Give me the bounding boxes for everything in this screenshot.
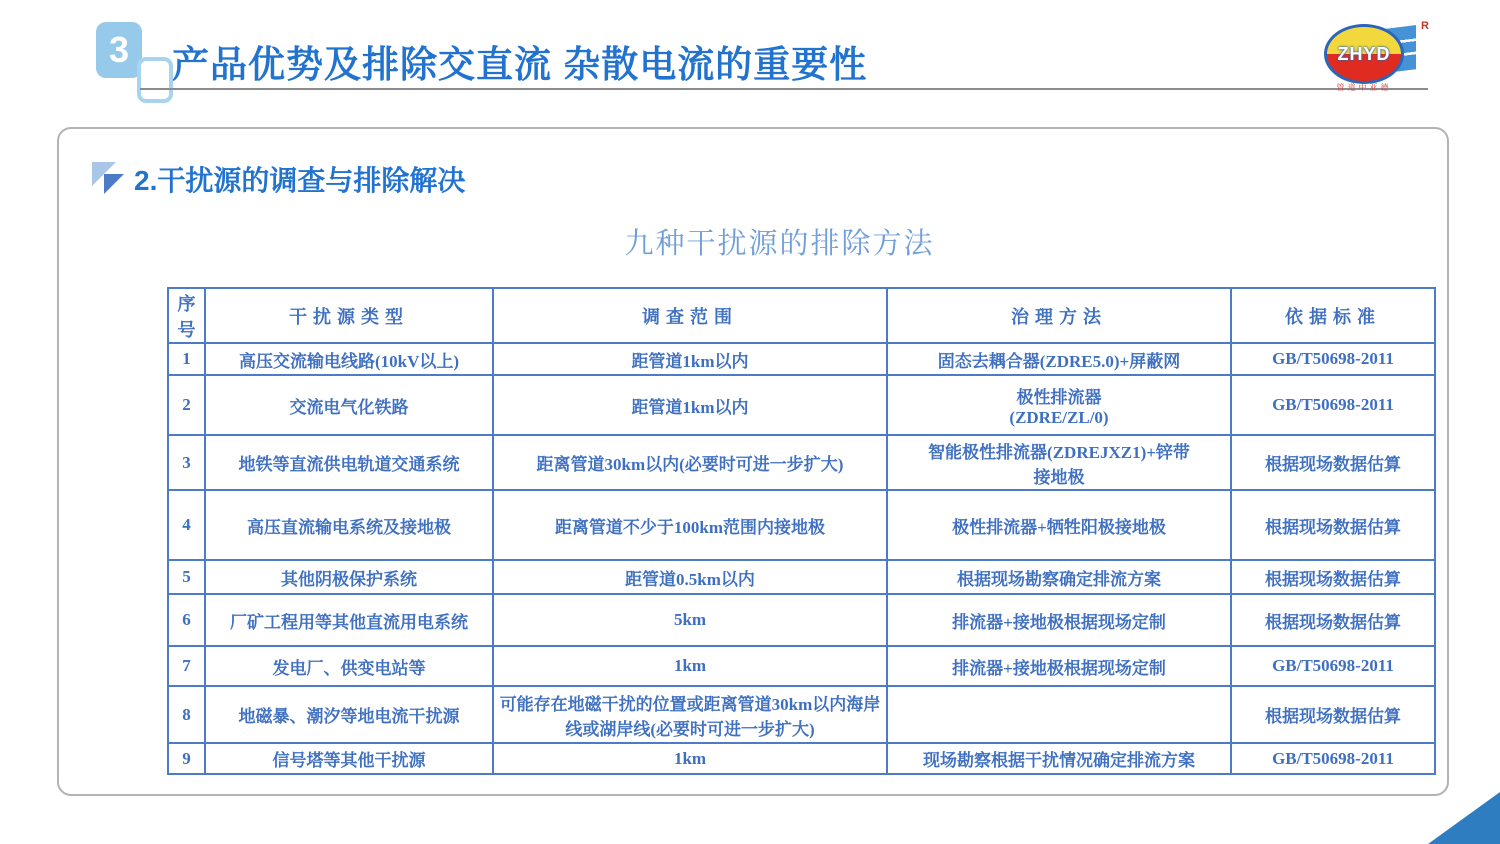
table-row: 5 其他阴极保护系统 距管道0.5km以内 根据现场勘察确定排流方案 根据现场数… [168,560,1435,594]
cell-type: 信号塔等其他干扰源 [205,743,493,774]
cell-method: 根据现场勘察确定排流方案 [887,560,1231,594]
cell-type: 发电厂、供变电站等 [205,646,493,686]
section-number-badge: 3 [96,22,142,78]
table-row: 8 地磁暴、潮汐等地电流干扰源 可能存在地磁干扰的位置或距离管道30km以内海岸… [168,686,1435,743]
registered-trademark-icon: R [1421,20,1429,32]
cell-type: 高压交流输电线路(10kV以上) [205,343,493,375]
cell-scope: 1km [493,743,887,774]
cell-scope: 距离管道30km以内(必要时可进一步扩大) [493,435,887,490]
table-row: 3 地铁等直流供电轨道交通系统 距离管道30km以内(必要时可进一步扩大) 智能… [168,435,1435,490]
cell-scope: 可能存在地磁干扰的位置或距离管道30km以内海岸线或湖岸线(必要时可进一步扩大) [493,686,887,743]
logo-caption: 管道中亚德 [1322,82,1406,93]
cell-scope: 距管道0.5km以内 [493,560,887,594]
content-card: 2.干扰源的调查与排除解决 九种干扰源的排除方法 序号 干扰源类型 调查范围 治… [57,127,1449,796]
header-cell-standard: 依据标准 [1231,288,1435,343]
cell-type: 交流电气化铁路 [205,375,493,435]
cell-type: 地磁暴、潮汐等地电流干扰源 [205,686,493,743]
cell-scope: 距管道1km以内 [493,375,887,435]
triangle-dark [104,174,124,194]
cell-no: 6 [168,594,205,646]
table-row: 2 交流电气化铁路 距管道1km以内 极性排流器 (ZDRE/ZL/0) GB/… [168,375,1435,435]
cell-standard: GB/T50698-2011 [1231,343,1435,375]
cell-scope: 距离管道不少于100km范围内接地极 [493,490,887,560]
table-body: 1 高压交流输电线路(10kV以上) 距管道1km以内 固态去耦合器(ZDRE5… [168,343,1435,774]
cell-standard: GB/T50698-2011 [1231,646,1435,686]
cell-scope: 距管道1km以内 [493,343,887,375]
cell-method: 排流器+接地极根据现场定制 [887,646,1231,686]
cell-method: 排流器+接地极根据现场定制 [887,594,1231,646]
cell-type: 地铁等直流供电轨道交通系统 [205,435,493,490]
page-title: 产品优势及排除交直流 杂散电流的重要性 [172,34,867,88]
cell-no: 4 [168,490,205,560]
header-cell-no: 序号 [168,288,205,343]
company-logo: ZHYD R 管道中亚德 [1322,12,1432,92]
table-title: 九种干扰源的排除方法 [167,221,1392,262]
cell-scope: 1km [493,646,887,686]
cell-method: 固态去耦合器(ZDRE5.0)+屏蔽网 [887,343,1231,375]
cell-no: 9 [168,743,205,774]
cell-method: 现场勘察根据干扰情况确定排流方案 [887,743,1231,774]
cell-no: 1 [168,343,205,375]
header-cell-method: 治理方法 [887,288,1231,343]
logo-wordmark: ZHYD [1338,44,1391,65]
cell-no: 2 [168,375,205,435]
cell-no: 3 [168,435,205,490]
double-triangle-icon [92,162,128,200]
badge-decor-square [137,57,173,103]
cell-no: 5 [168,560,205,594]
cell-standard: GB/T50698-2011 [1231,375,1435,435]
cell-standard: 根据现场数据估算 [1231,560,1435,594]
cell-method: 极性排流器 (ZDRE/ZL/0) [887,375,1231,435]
header-row: 序号 干扰源类型 调查范围 治理方法 依据标准 [168,288,1435,343]
cell-standard: GB/T50698-2011 [1231,743,1435,774]
table-row: 7 发电厂、供变电站等 1km 排流器+接地极根据现场定制 GB/T50698-… [168,646,1435,686]
cell-scope: 5km [493,594,887,646]
header-cell-type: 干扰源类型 [205,288,493,343]
cell-no: 8 [168,686,205,743]
cell-method [887,686,1231,743]
cell-type: 其他阴极保护系统 [205,560,493,594]
table-row: 6 厂矿工程用等其他直流用电系统 5km 排流器+接地极根据现场定制 根据现场数… [168,594,1435,646]
cell-type: 高压直流输电系统及接地极 [205,490,493,560]
cell-method: 智能极性排流器(ZDREJXZ1)+锌带 接地极 [887,435,1231,490]
cell-standard: 根据现场数据估算 [1231,686,1435,743]
table-header: 序号 干扰源类型 调查范围 治理方法 依据标准 [168,288,1435,343]
table-row: 1 高压交流输电线路(10kV以上) 距管道1km以内 固态去耦合器(ZDRE5… [168,343,1435,375]
cell-standard: 根据现场数据估算 [1231,594,1435,646]
table-row: 4 高压直流输电系统及接地极 距离管道不少于100km范围内接地极 极性排流器+… [168,490,1435,560]
logo-oval: ZHYD [1324,24,1404,84]
interference-sources-table: 序号 干扰源类型 调查范围 治理方法 依据标准 1 高压交流输电线路(10kV以… [167,287,1436,775]
cell-standard: 根据现场数据估算 [1231,490,1435,560]
cell-method: 极性排流器+牺牲阳极接地极 [887,490,1231,560]
presentation-slide: 3 产品优势及排除交直流 杂散电流的重要性 ZHYD R 管道中亚德 2.干扰源… [0,0,1500,844]
cell-no: 7 [168,646,205,686]
title-underline [140,88,1428,90]
corner-triangle-decor [1428,792,1500,844]
table-row: 9 信号塔等其他干扰源 1km 现场勘察根据干扰情况确定排流方案 GB/T506… [168,743,1435,774]
section-heading: 2.干扰源的调查与排除解决 [134,159,465,199]
cell-standard: 根据现场数据估算 [1231,435,1435,490]
header-cell-scope: 调查范围 [493,288,887,343]
cell-type: 厂矿工程用等其他直流用电系统 [205,594,493,646]
